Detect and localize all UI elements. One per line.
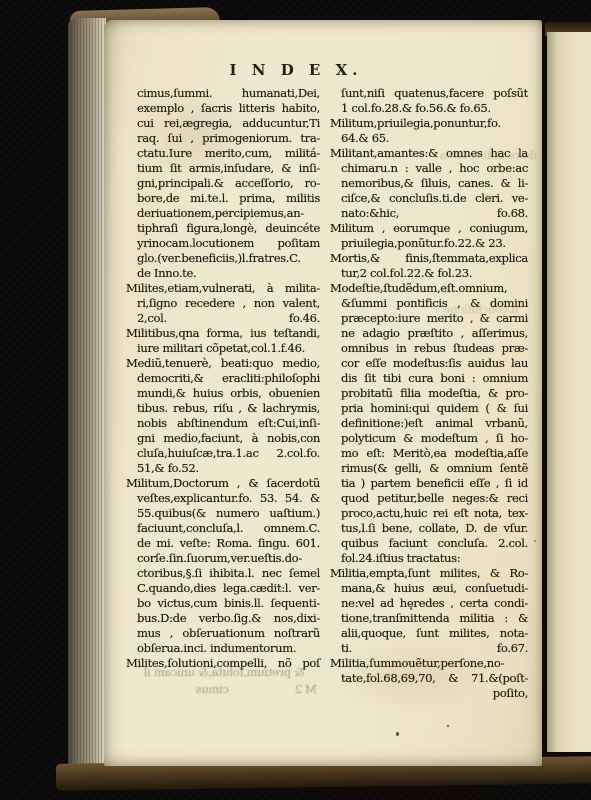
text-line: Modeſtie,ſtudẽdum,eſt.omnium,: [330, 281, 528, 296]
adjacent-page-sliver: [547, 32, 591, 752]
text-line: ſunt,niſi quatenus,facere poſsũt: [330, 86, 528, 101]
text-line: 2,col.fo.46.: [126, 311, 320, 326]
text-line: ctatu.Iure merito,cum, militá-: [126, 146, 320, 161]
text-line: tur,2 col.fol.22.& fol.23.: [330, 266, 528, 281]
text-line: 51,& fo.52.: [126, 461, 320, 476]
text-line: gni,principali.& acceſſorio, ro-: [126, 176, 320, 191]
text-line: glo.(ver.beneficiis,)l.fratres.C.: [126, 251, 320, 266]
ink-speck: [447, 725, 449, 727]
text-line: raq. ſui , primogeniorum. tra-: [126, 131, 320, 146]
text-line: Militia,ſummouẽtur,perſone,no-: [330, 656, 528, 671]
text-line: mundi,& huius orbis, obuenien: [126, 386, 320, 401]
text-line: ciſce,& concluſis.ti.de cleri. ve-: [330, 191, 528, 206]
text-line: pria homini:qui quidem ( & ſui: [330, 401, 528, 416]
text-line: nemoribus,& ſiluis, canes. & li-: [330, 176, 528, 191]
text-line: deriuationem,percipiemus,an-: [126, 206, 320, 221]
entry-text: ti.: [341, 641, 352, 656]
text-line: 1 col.fo.28.& fo.56.& fo.65.: [330, 101, 528, 116]
text-line: Militum , eorumque , coniugum,: [330, 221, 528, 236]
folio-reference: fo.67.: [497, 641, 528, 656]
text-line: de mi. veſte: Roma. ſingu. 601.: [126, 536, 320, 551]
text-line: cor eſſe modeſtus:ſis auidus lau: [330, 356, 528, 371]
text-line: de Inno.te.: [126, 266, 320, 281]
text-line: Militia,empta,ſunt milites, & Ro-: [330, 566, 528, 581]
bleedthrough-fragment: ti.concluſione: [444, 302, 519, 316]
folio-reference: fo.68.: [497, 206, 528, 221]
text-line: cimus,ſummi. humanati,Dei,: [126, 86, 320, 101]
text-line: alii,quoque, ſunt milites, nota-: [330, 626, 528, 641]
text-line: tione,tranſmittenda militia : &: [330, 611, 528, 626]
folio-reference: fo.46.: [289, 311, 320, 326]
page-title: I N D E X.: [104, 61, 488, 79]
text-line: nobis abſtinendum eſt:Cui,inſi-: [126, 416, 320, 431]
text-line: cluſa,huiuſcæ,tra.1.ac 2.col.fo.: [126, 446, 320, 461]
page-edge-stack: [68, 18, 106, 770]
text-line: poſito,: [330, 686, 528, 701]
text-line: iure militari cõpetat,col.1.f.46.: [126, 341, 320, 356]
text-line: fol.24.iſtius tractatus:: [330, 551, 528, 566]
ink-speck: [534, 540, 536, 542]
text-line: tia ) partem beneficii eſſe , ſi id: [330, 476, 528, 491]
text-line: dis ſit tibi cura boni : omnium: [330, 371, 528, 386]
text-line: 64.& 65.: [330, 131, 528, 146]
text-line: proco,actu,huic rei eſt nota, tex-: [330, 506, 528, 521]
text-line: 55.quibus(& numero uaſtium.): [126, 506, 320, 521]
index-column-left: cimus,ſummi. humanati,Dei,exemplo , ſacr…: [126, 86, 320, 671]
text-line: omnibus in rebus ſtudeas præ-: [330, 341, 528, 356]
text-line: faciuunt,concluſa,l. omnem.C.: [126, 521, 320, 536]
text-line: priuilegia,ponũtur.fo.22.& 23.: [330, 236, 528, 251]
text-line: chimaru.n : valle , hoc orbe:ac: [330, 161, 528, 176]
text-line: tus,l.ſi bene, collate, D. de vſur.: [330, 521, 528, 536]
text-line: Militum,Doctorum , & ſacerdotũ: [126, 476, 320, 491]
text-line: bus.D:de verbo.ſig.& nos,dixi-: [126, 611, 320, 626]
text-line: ne adagio præſtito , aſſerimus,: [330, 326, 528, 341]
text-line: mana,& huius æui, conſuetudi-: [330, 581, 528, 596]
text-line: Mediũ,tenuerè, beati:quo medio,: [126, 356, 320, 371]
scanned-book-photo: I N D E X. cimus,ſummi. humanati,Dei,exe…: [0, 0, 591, 800]
text-line: ne:vel ad hęredes , certa condi-: [330, 596, 528, 611]
text-line: exemplo , ſacris litteris habito,: [126, 101, 320, 116]
text-line: cui rei,ægregia, adducuntur,Ti: [126, 116, 320, 131]
index-column-right: ſunt,niſi quatenus,facere poſsũt1 col.fo…: [330, 86, 528, 701]
text-line: rimus(& gelli, & omnium ſentẽ: [330, 461, 528, 476]
text-line: mus , obſeruationum noſtrarũ: [126, 626, 320, 641]
folio-reference: poſito,: [493, 686, 528, 701]
text-line: quibus faciunt concluſa. 2.col.: [330, 536, 528, 551]
bleedthrough-fragment: de re.indi.& circa: [440, 148, 537, 162]
text-line: definitione:)eſt animal vrbanũ,: [330, 416, 528, 431]
bleedthrough-signature: M 2: [295, 682, 317, 696]
text-line: Militibus,qna forma, ius teſtandi,: [126, 326, 320, 341]
text-line: gni medio,faciunt, à nobis,con: [126, 431, 320, 446]
text-line: Milites,etiam,vulnerati, à milita-: [126, 281, 320, 296]
entry-text: nato:&hic,: [341, 206, 399, 221]
ink-speck: [396, 732, 399, 736]
text-line: tium ſit armis,inſudare, & inſi-: [126, 161, 320, 176]
text-line: ti.fo.67.: [330, 641, 528, 656]
text-line: nato:&hic,fo.68.: [330, 206, 528, 221]
text-line: yrinocam.locutionem poſitam: [126, 236, 320, 251]
text-line: Mortis,& finis,ſtemmata,explica: [330, 251, 528, 266]
book-page: I N D E X. cimus,ſummi. humanati,Dei,exe…: [104, 20, 542, 766]
text-line: bore,de mi.te.l. prima, militis: [126, 191, 320, 206]
text-line: Militum,priuilegia,ponuntur,fo.: [330, 116, 528, 131]
bleedthrough-line: & pretium,ſoluta,& unicam il: [144, 665, 304, 679]
text-line: obſerua.inci. indumentorum.: [126, 641, 320, 656]
text-line: C.quando,dies lega.cædit:l. ver-: [126, 581, 320, 596]
text-line: ctoribus,§.ſi ihibita.l. nec ſemel: [126, 566, 320, 581]
text-line: probitatũ filia modeſtia, & pro-: [330, 386, 528, 401]
text-line: quod petitur,belle neges:& reci: [330, 491, 528, 506]
text-line: bo victus,cum binis.ll. ſequenti-: [126, 596, 320, 611]
text-line: polyticum & modeſtum , ſi ho-: [330, 431, 528, 446]
text-line: veſtes,explicantur.fo. 53. 54. &: [126, 491, 320, 506]
text-line: mo eſt: Meritò,ea modeſtia,aſſe: [330, 446, 528, 461]
text-line: tiphraſi figura,longè, deuincéte: [126, 221, 320, 236]
text-line: ri,ſigno recedere , non valent,: [126, 296, 320, 311]
entry-text: 2,col.: [137, 311, 167, 326]
text-line: corſe.ſin.ſuorum,ver.ueſtis.do-: [126, 551, 320, 566]
text-line: tibus. rebus, riſu , & lachrymis,: [126, 401, 320, 416]
text-line: democriti,& eracliti:philoſophi: [126, 371, 320, 386]
text-line: tate,fol.68,69,70, & 71.&(poſt-: [330, 671, 528, 686]
bleedthrough-catchword: cimus: [196, 682, 229, 696]
